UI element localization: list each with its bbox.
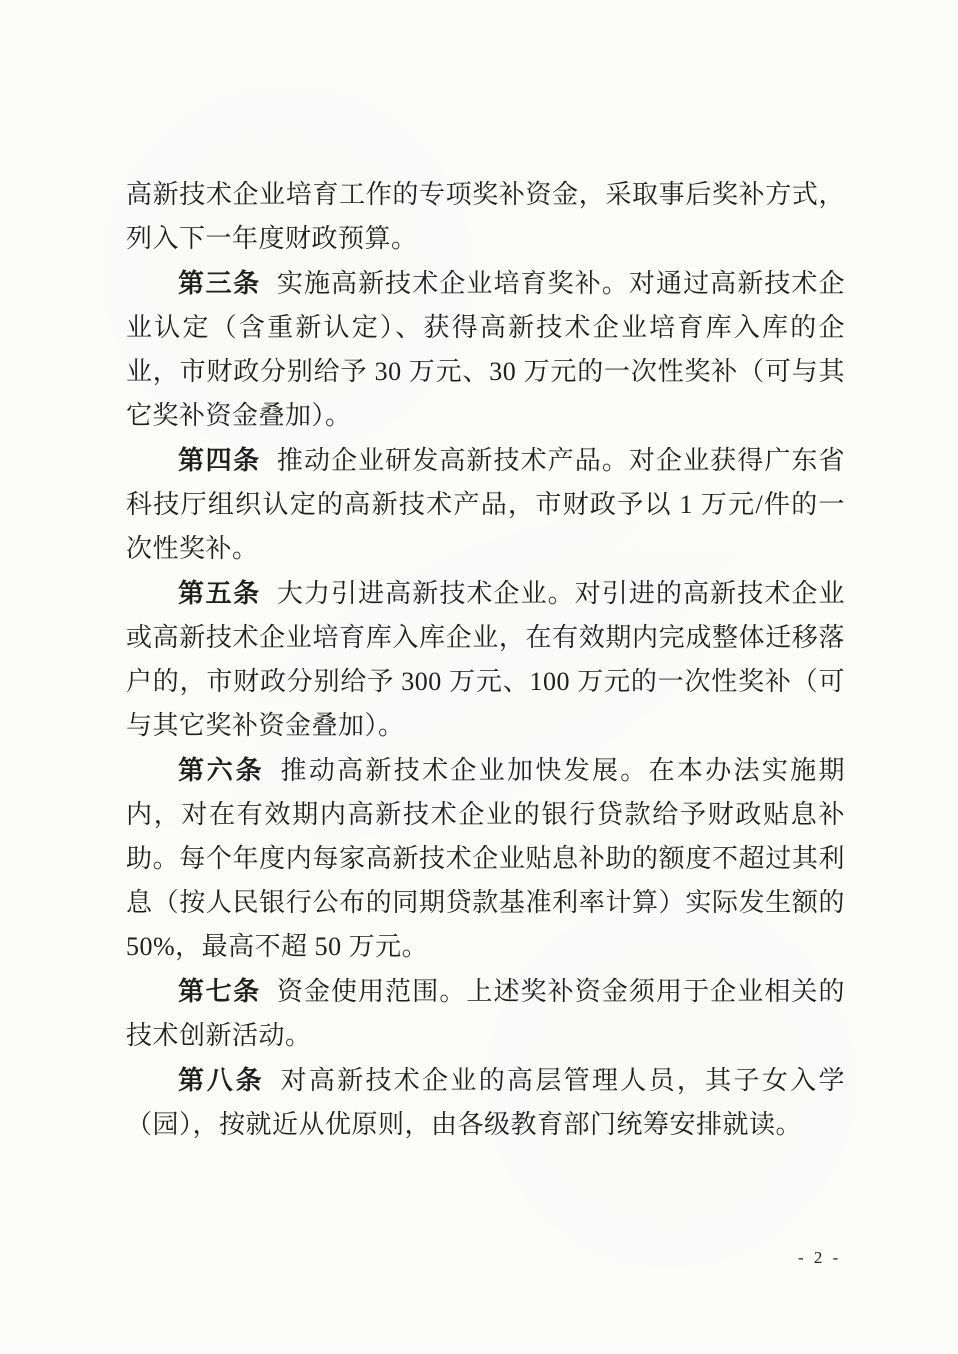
- page-number: - 2 -: [798, 1248, 841, 1268]
- paragraph: 第七条资金使用范围。上述奖补资金须用于企业相关的技术创新活动。: [126, 969, 845, 1058]
- article-term: 第六条: [178, 755, 264, 785]
- paragraph: 高新技术企业培育工作的专项奖补资金，采取事后奖补方式，列入下一年度财政预算。: [126, 173, 845, 261]
- document-body: 高新技术企业培育工作的专项奖补资金，采取事后奖补方式，列入下一年度财政预算。 第…: [126, 173, 845, 1147]
- paragraph: 第八条对高新技术企业的高层管理人员，其子女入学（园），按就近从优原则，由各级教育…: [126, 1058, 845, 1147]
- article-term: 第八条: [178, 1065, 264, 1095]
- article-term: 第七条: [178, 976, 261, 1006]
- paragraph: 第六条推动高新技术企业加快发展。在本办法实施期内，对在有效期内高新技术企业的银行…: [126, 748, 845, 969]
- article-term: 第四条: [178, 445, 261, 475]
- paragraph: 第三条实施高新技术企业培育奖补。对通过高新技术企业认定（含重新认定）、获得高新技…: [126, 261, 845, 438]
- paragraph: 第五条大力引进高新技术企业。对引进的高新技术企业或高新技术企业培育库入库企业，在…: [126, 571, 845, 748]
- document-page: 高新技术企业培育工作的专项奖补资金，采取事后奖补方式，列入下一年度财政预算。 第…: [0, 0, 958, 1354]
- paragraph-text: 推动高新技术企业加快发展。在本办法实施期内，对在有效期内高新技术企业的银行贷款给…: [126, 756, 845, 961]
- article-term: 第三条: [178, 268, 261, 298]
- paragraph: 第四条推动企业研发高新技术产品。对企业获得广东省科技厅组织认定的高新技术产品，市…: [126, 438, 845, 571]
- paragraph-text: 高新技术企业培育工作的专项奖补资金，采取事后奖补方式，列入下一年度财政预算。: [126, 180, 845, 253]
- article-term: 第五条: [178, 578, 261, 608]
